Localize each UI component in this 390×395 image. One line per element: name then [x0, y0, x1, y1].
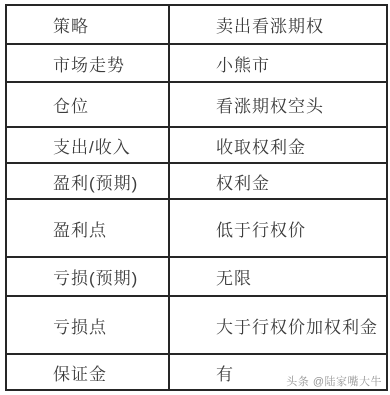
row-value: 小熊市: [169, 44, 387, 82]
row-value: 大于行权价加权利金: [169, 296, 387, 354]
row-label: 盈利(预期): [6, 163, 169, 199]
row-label: 亏损(预期): [6, 257, 169, 296]
table-row: 亏损(预期) 无限: [6, 257, 387, 296]
table-row: 市场走势 小熊市: [6, 44, 387, 82]
table-row: 仓位 看涨期权空头: [6, 82, 387, 127]
table-row: 支出/收入 收取权利金: [6, 127, 387, 163]
watermark: 头条 @陆家嘴大牛: [286, 373, 382, 389]
row-label: 支出/收入: [6, 127, 169, 163]
row-label: 亏损点: [6, 296, 169, 354]
row-value: 卖出看涨期权: [169, 5, 387, 44]
row-label: 保证金: [6, 354, 169, 390]
strategy-table: 策略 卖出看涨期权 市场走势 小熊市 仓位 看涨期权空头 支出/收入 收取权利金…: [5, 4, 388, 391]
table-row: 盈利(预期) 权利金: [6, 163, 387, 199]
row-label: 盈利点: [6, 199, 169, 257]
table-row: 亏损点 大于行权价加权利金: [6, 296, 387, 354]
row-value: 看涨期权空头: [169, 82, 387, 127]
row-label: 策略: [6, 5, 169, 44]
row-label: 市场走势: [6, 44, 169, 82]
row-value: 低于行权价: [169, 199, 387, 257]
table-row: 盈利点 低于行权价: [6, 199, 387, 257]
row-label: 仓位: [6, 82, 169, 127]
row-value: 收取权利金: [169, 127, 387, 163]
page: 策略 卖出看涨期权 市场走势 小熊市 仓位 看涨期权空头 支出/收入 收取权利金…: [0, 0, 390, 395]
row-value: 无限: [169, 257, 387, 296]
table-row: 策略 卖出看涨期权: [6, 5, 387, 44]
row-value: 权利金: [169, 163, 387, 199]
